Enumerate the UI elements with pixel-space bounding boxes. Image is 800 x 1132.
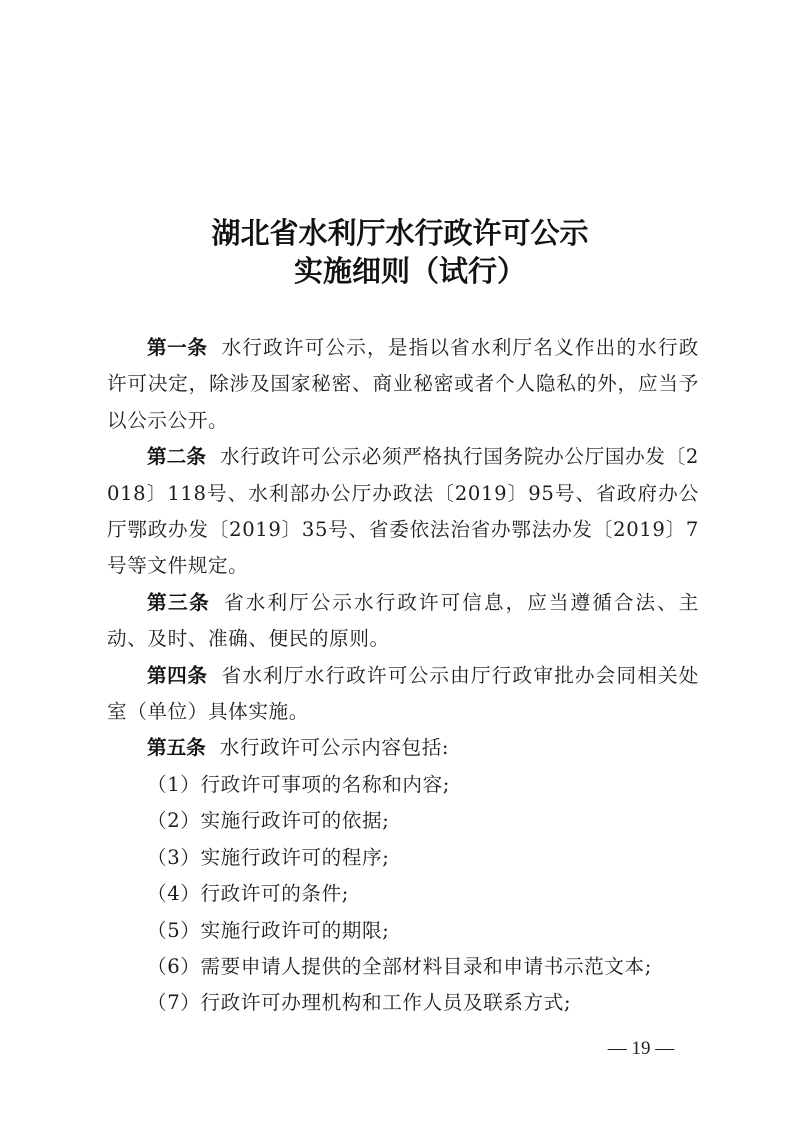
article-text: 水行政许可公示内容包括:	[220, 736, 449, 759]
title-line-1: 湖北省水利厅水行政许可公示	[0, 214, 800, 252]
article-label: 第一条	[147, 336, 208, 359]
page-number: — 19 —	[596, 1038, 686, 1060]
article-3: 第三条省水利厅公示水行政许可信息，应当遵循合法、主动、及时、准确、便民的原则。	[107, 585, 699, 658]
article-2: 第二条水行政许可公示必须严格执行国务院办公厅国办发〔2018〕118号、水利部办…	[107, 439, 699, 585]
article-label: 第三条	[147, 591, 210, 614]
list-item: （4）行政许可的条件;	[107, 876, 699, 912]
list-item: （1）行政许可事项的名称和内容;	[107, 767, 699, 803]
document-body: 第一条水行政许可公示，是指以省水利厅名义作出的水行政许可决定，除涉及国家秘密、商…	[107, 330, 699, 1022]
article-5: 第五条水行政许可公示内容包括:	[107, 730, 699, 766]
title-line-2: 实施细则（试行）	[20, 252, 800, 290]
document-page: 湖北省水利厅水行政许可公示 实施细则（试行） 第一条水行政许可公示，是指以省水利…	[0, 0, 800, 1132]
article-1: 第一条水行政许可公示，是指以省水利厅名义作出的水行政许可决定，除涉及国家秘密、商…	[107, 330, 699, 439]
document-title: 湖北省水利厅水行政许可公示 实施细则（试行）	[0, 214, 800, 290]
article-label: 第二条	[147, 445, 206, 468]
article-label: 第五条	[147, 736, 206, 759]
article-label: 第四条	[147, 664, 208, 687]
list-item: （5）实施行政许可的期限;	[107, 913, 699, 949]
list-item: （6）需要申请人提供的全部材料目录和申请书示范文本;	[107, 949, 699, 985]
list-item: （7）行政许可办理机构和工作人员及联系方式;	[107, 985, 699, 1021]
list-item: （2）实施行政许可的依据;	[107, 803, 699, 839]
article-4: 第四条省水利厅水行政许可公示由厅行政审批办会同相关处室（单位）具体实施。	[107, 658, 699, 731]
list-item: （3）实施行政许可的程序;	[107, 840, 699, 876]
